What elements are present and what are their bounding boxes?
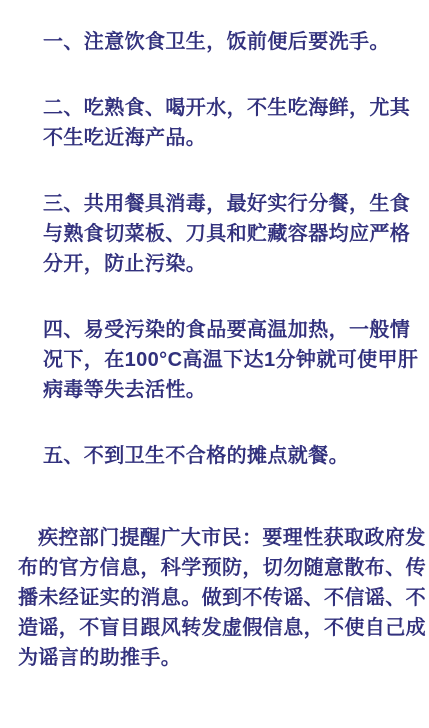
text-line: 四、易受污染的食品要高温加热，一般情 [43,315,403,345]
list-item-tip-3: 三、共用餐具消毒，最好实行分餐，生食 与熟食切菜板、刀具和贮藏容器均应严格 分开… [43,189,403,279]
list-item-tip-2: 二、吃熟食、喝开水，不生吃海鲜，尤其 不生吃近海产品。 [43,93,403,153]
text-line: 分开，防止污染。 [43,249,403,279]
text-line: 一、注意饮食卫生，饭前便后要洗手。 [43,27,403,57]
text-line: 造谣，不盲目跟风转发虚假信息，不使自己成 [18,613,415,643]
text-line: 病毒等失去活性。 [43,375,403,405]
text-line: 疾控部门提醒广大市民：要理性获取政府发 [18,523,415,553]
list-item-tip-1: 一、注意饮食卫生，饭前便后要洗手。 [43,27,403,57]
text-line: 二、吃熟食、喝开水，不生吃海鲜，尤其 [43,93,403,123]
text-line: 播未经证实的消息。做到不传谣、不信谣、不 [18,583,415,613]
text-line: 况下，在100°C高温下达1分钟就可使甲肝 [43,345,403,375]
text-line: 五、不到卫生不合格的摊点就餐。 [43,441,403,471]
closing-reminder-paragraph: 疾控部门提醒广大市民：要理性获取政府发 布的官方信息，科学预防，切勿随意散布、传… [18,523,415,673]
text-line: 不生吃近海产品。 [43,123,403,153]
text-line: 与熟食切菜板、刀具和贮藏容器均应严格 [43,219,403,249]
text-line: 布的官方信息，科学预防，切勿随意散布、传 [18,553,415,583]
article-body: 一、注意饮食卫生，饭前便后要洗手。 二、吃熟食、喝开水，不生吃海鲜，尤其 不生吃… [0,0,429,728]
text-line: 为谣言的助推手。 [18,643,415,673]
list-item-tip-4: 四、易受污染的食品要高温加热，一般情 况下，在100°C高温下达1分钟就可使甲肝… [43,315,403,405]
text-line: 三、共用餐具消毒，最好实行分餐，生食 [43,189,403,219]
list-item-tip-5: 五、不到卫生不合格的摊点就餐。 [43,441,403,471]
